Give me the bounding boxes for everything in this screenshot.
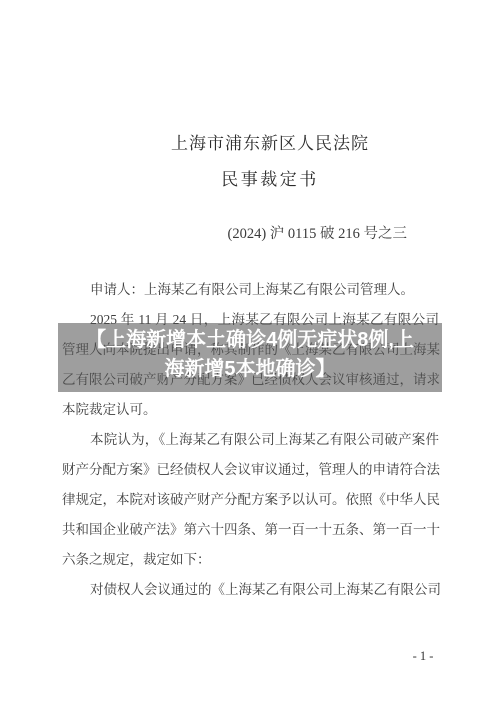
body-line: 本院裁定认可。 [62,395,439,425]
court-name: 上海市浦东新区人民法院 [0,134,500,154]
page-number: - 1 - [403,648,443,664]
body-line: 本院认为，《上海某乙有限公司上海某乙有限公司破产案件 [62,425,439,455]
case-number: (2024) 沪 0115 破 216 号之三 [0,226,407,242]
body-line: 共和国企业破产法》第六十四条、第一百一十五条、第一百一十 [62,515,439,545]
body-line: 申请人：上海某乙有限公司上海某乙有限公司管理人。 [62,275,439,305]
document-page: 上海市浦东新区人民法院 民事裁定书 (2024) 沪 0115 破 216 号之… [0,0,500,706]
body-line: 财产分配方案》已经债权人会议审议通过，管理人的申请符合法 [62,455,439,485]
banner-headline-line-1: 【上海新增本土确诊4例无症状8例,上 [58,326,442,355]
document-type-title: 民事裁定书 [0,170,500,190]
body-line: 对债权人会议通过的《上海某乙有限公司上海某乙有限公司 [62,575,439,605]
news-overlay-banner: 【上海新增本土确诊4例无症状8例,上 海新增5本地确诊】 [58,323,442,392]
body-line: 律规定，本院对该破产财产分配方案予以认可。依照《中华人民 [62,485,439,515]
body-line: 六条之规定，裁定如下： [62,545,439,575]
banner-headline-line-2: 海新增5本地确诊】 [58,355,442,384]
